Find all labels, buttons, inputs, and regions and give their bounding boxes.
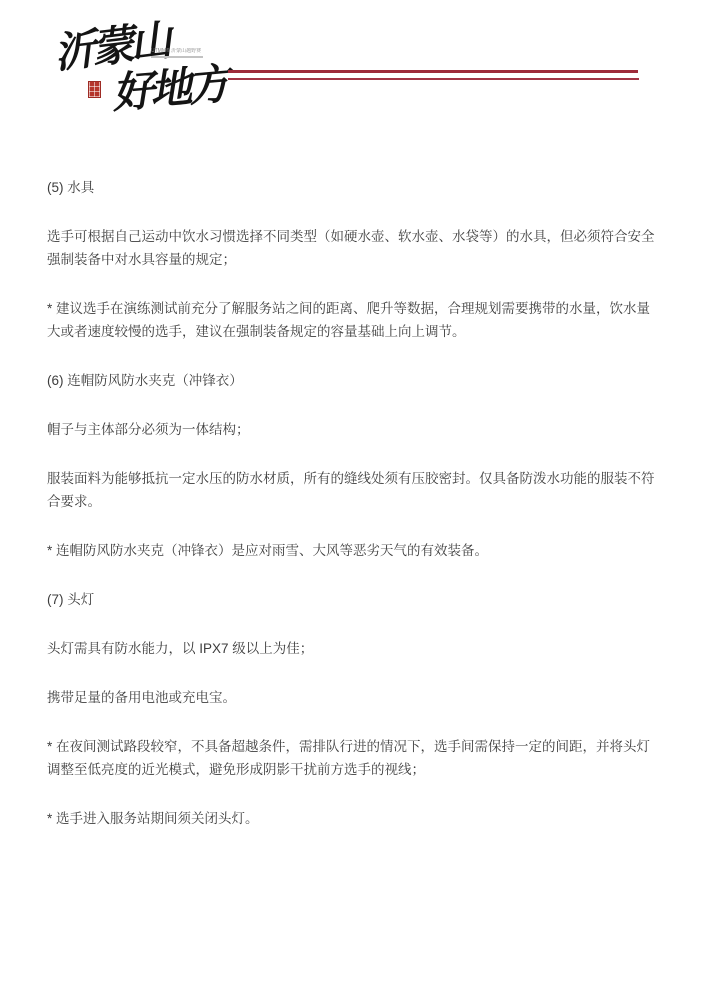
paragraph-note: * 建议选手在演练测试前充分了解服务站之间的距离、爬升等数据，合理规划需要携带的… [47, 297, 655, 343]
paragraph-note: * 在夜间测试路段较窄，不具备超越条件，需排队行进的情况下，选手间需保持一定的间… [47, 735, 655, 781]
paragraph-note: * 连帽防风防水夹克（冲锋衣）是应对雨雪、大风等恶劣天气的有效装备。 [47, 539, 655, 562]
logo-tagline: UTMM® 沂蒙山越野赛 [151, 48, 223, 54]
header-divider-thin [228, 78, 639, 80]
paragraph: 服装面料为能够抵抗一定水压的防水材质，所有的缝线处须有压胶密封。仅具备防泼水功能… [47, 467, 655, 513]
logo-tagline-subline [151, 56, 203, 58]
paragraph: 携带足量的备用电池或充电宝。 [47, 686, 655, 709]
red-seal-stamp [88, 81, 101, 98]
section-heading-7: (7) 头灯 [47, 588, 655, 611]
logo-calligraphy-line2: 好地方 [110, 63, 227, 115]
section-heading-6: (6) 连帽防风防水夹克（冲锋衣） [47, 369, 655, 392]
header-divider-thick [228, 70, 638, 73]
paragraph-note: * 选手进入服务站期间须关闭头灯。 [47, 807, 655, 830]
section-heading-5: (5) 水具 [47, 176, 655, 199]
paragraph: 头灯需具有防水能力，以 IPX7 级以上为佳； [47, 637, 655, 660]
paragraph: 帽子与主体部分必须为一体结构； [47, 418, 655, 441]
document-content: (5) 水具 选手可根据自己运动中饮水习惯选择不同类型（如硬水壶、软水壶、水袋等… [47, 176, 655, 856]
document-page: 沂蒙山 UTMM® 沂蒙山越野赛 好地方 (5) 水具 选手可根据自己运动中饮水… [0, 0, 702, 993]
event-logo: 沂蒙山 UTMM® 沂蒙山越野赛 好地方 [52, 26, 227, 126]
paragraph: 选手可根据自己运动中饮水习惯选择不同类型（如硬水壶、软水壶、水袋等）的水具，但必… [47, 225, 655, 271]
